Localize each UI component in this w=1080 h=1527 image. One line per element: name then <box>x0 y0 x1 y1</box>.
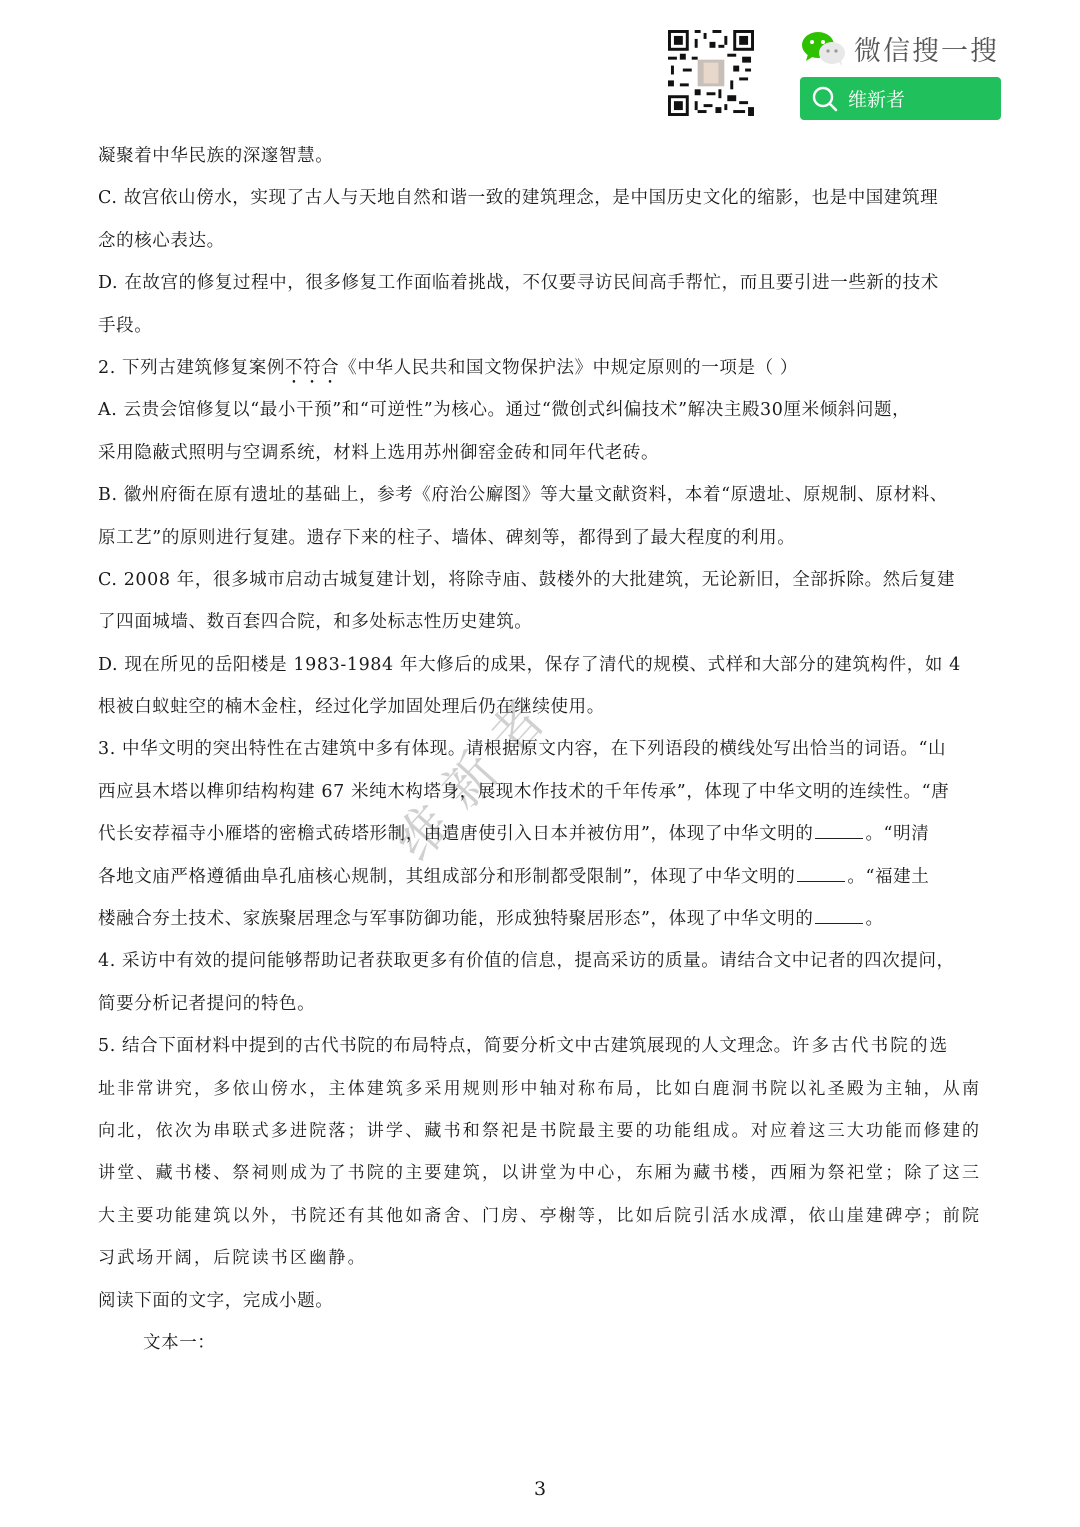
q3-text: 楼融合夯土技术、家族聚居理念与军事防御功能，形成独特聚居形态”，体现了中华文明的 <box>98 909 813 929</box>
q2-option-b: B. 徽州府衙在原有遗址的基础上，参考《府治公廨图》等大量文献资料，本着“原遗址… <box>98 474 983 516</box>
q5-stem: 5. 结合下面材料中提到的古代书院的布局特点，简要分析文中古建筑展现的人文理念。 <box>98 1036 792 1056</box>
question-3: 3. 中华文明的突出特性在古建筑中多有体现。请根据原文内容，在下列语段的横线处写… <box>98 728 983 770</box>
search-icon <box>810 84 840 114</box>
answer-blank-3[interactable] <box>815 906 863 925</box>
text-one-label: 文本一： <box>98 1322 983 1364</box>
option-c-line: 念的核心表达。 <box>98 220 983 262</box>
q5-material-line: 址非常讲究，多依山傍水，主体建筑多采用规则形中轴对称布局，比如白鹿洞书院以礼圣殿… <box>98 1068 983 1110</box>
qr-code[interactable] <box>668 30 754 116</box>
stem-text: 《中华人民共和国文物保护法》中规定原则的一项是（ ） <box>339 358 798 378</box>
q3-text: 。“明清 <box>865 824 929 844</box>
q5-material: 许多古代书院的选 <box>792 1036 950 1056</box>
document-body: 凝聚着中华民族的深邃智慧。 C. 故宫依山傍水，实现了古人与天地自然和谐一致的建… <box>98 135 983 1364</box>
reading-instruction: 阅读下面的文字，完成小题。 <box>98 1280 983 1322</box>
q3-text: 各地文庙严格遵循曲阜孔庙核心规制，其组成部分和形制都受限制”，体现了中华文明的 <box>98 867 795 887</box>
qr-code-icon <box>668 30 754 116</box>
q2-option-a: 采用隐蔽式照明与空调系统，材料上选用苏州御窑金砖和同年代老砖。 <box>98 432 983 474</box>
question-3: 楼融合夯土技术、家族聚居理念与军事防御功能，形成独特聚居形态”，体现了中华文明的… <box>98 898 983 940</box>
q2-option-c: 了四面城墙、数百套四合院，和多处标志性历史建筑。 <box>98 601 983 643</box>
q3-text: 。 <box>865 909 883 929</box>
wechat-logo-icon <box>800 29 848 67</box>
option-d-line: D. 在故宫的修复过程中，很多修复工作面临着挑战，不仅要寻访民间高手帮忙，而且要… <box>98 262 983 304</box>
q3-text: 代长安荐福寺小雁塔的密檐式砖塔形制，由遣唐使引入日本并被仿用”，体现了中华文明的 <box>98 824 813 844</box>
q5-material-line: 习武场开阔，后院读书区幽静。 <box>98 1237 983 1279</box>
q5-material-line: 讲堂、藏书楼、祭祠则成为了书院的主要建筑，以讲堂为中心，东厢为藏书楼，西厢为祭祀… <box>98 1152 983 1194</box>
question-3: 西应县木塔以榫卯结构构建 67 米纯木构塔身，展现木作技术的千年传承”，体现了中… <box>98 771 983 813</box>
option-c-line: C. 故宫依山傍水，实现了古人与天地自然和谐一致的建筑理念，是中国历史文化的缩影… <box>98 177 983 219</box>
text-line: 凝聚着中华民族的深邃智慧。 <box>98 135 983 177</box>
question-5: 5. 结合下面材料中提到的古代书院的布局特点，简要分析文中古建筑展现的人文理念。… <box>98 1025 983 1067</box>
option-d-line: 手段。 <box>98 305 983 347</box>
q2-option-b: 原工艺”的原则进行复建。遗存下来的柱子、墙体、碑刻等，都得到了最大程度的利用。 <box>98 517 983 559</box>
q2-option-d: D. 现在所见的岳阳楼是 1983-1984 年大修后的成果，保存了清代的规模、… <box>98 644 983 686</box>
answer-blank-2[interactable] <box>797 863 845 882</box>
wechat-search-title: 微信搜一搜 <box>854 29 999 68</box>
wechat-search-banner: 微信搜一搜 维新者 <box>668 28 1008 124</box>
question-3: 代长安荐福寺小雁塔的密檐式砖塔形制，由遣唐使引入日本并被仿用”，体现了中华文明的… <box>98 813 983 855</box>
search-query: 维新者 <box>848 85 905 112</box>
stem-text: 2. 下列古建筑修复案例 <box>98 358 285 378</box>
question-4: 4. 采访中有效的提问能够帮助记者获取更多有价值的信息，提高采访的质量。请结合文… <box>98 940 983 982</box>
question-2-stem: 2. 下列古建筑修复案例不符合《中华人民共和国文物保护法》中规定原则的一项是（ … <box>98 347 983 389</box>
q2-option-c: C. 2008 年，很多城市启动古城复建计划，将除寺庙、鼓楼外的大批建筑，无论新… <box>98 559 983 601</box>
question-4: 简要分析记者提问的特色。 <box>98 983 983 1025</box>
answer-blank-1[interactable] <box>815 821 863 840</box>
search-box[interactable]: 维新者 <box>800 77 1001 120</box>
q5-material-line: 大主要功能建筑以外，书院还有其他如斋舍、门房、亭榭等，比如后院引活水成潭，依山崖… <box>98 1195 983 1237</box>
q3-text: 。“福建土 <box>847 867 929 887</box>
q2-option-d: 根被白蚁蛀空的楠木金柱，经过化学加固处理后仍在继续使用。 <box>98 686 983 728</box>
emphasis-text: 不符合 <box>285 358 339 378</box>
page-number: 3 <box>0 1478 1080 1500</box>
q5-material-line: 向北，依次为串联式多进院落；讲学、藏书和祭祀是书院最主要的功能组成。对应着这三大… <box>98 1110 983 1152</box>
question-3: 各地文庙严格遵循曲阜孔庙核心规制，其组成部分和形制都受限制”，体现了中华文明的。… <box>98 856 983 898</box>
q2-option-a: A. 云贵会馆修复以“最小干预”和“可逆性”为核心。通过“微创式纠偏技术”解决主… <box>98 389 983 431</box>
